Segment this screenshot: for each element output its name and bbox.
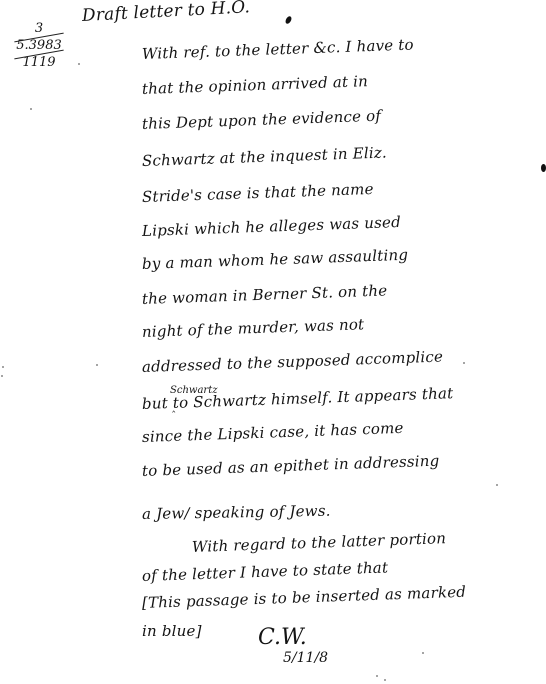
margin-ink-mark: [541, 164, 546, 172]
scan-speck: [1, 375, 3, 377]
body-line: a Jew/ speaking of Jews.: [142, 502, 331, 523]
body-line: to be used as an epithet in addressing: [142, 452, 440, 480]
date: 5/11/8: [283, 650, 328, 666]
body-line: this Dept upon the evidence of: [142, 107, 382, 133]
body-line: since the Lipski case, it has come: [142, 419, 404, 446]
scan-speck: [96, 364, 98, 366]
body-line: With regard to the latter portion: [192, 529, 447, 556]
scan-speck: [78, 63, 80, 65]
body-line: that the opinion arrived at in: [142, 72, 369, 98]
scan-speck: [496, 484, 498, 486]
reference-number: 3 5.3983 1119: [14, 22, 64, 70]
signature: C.W.: [258, 625, 307, 650]
scan-speck: [30, 108, 32, 110]
scan-speck: [2, 366, 4, 368]
manuscript-page: 3 5.3983 1119 Draft letter to H.O. With …: [0, 0, 546, 684]
scan-speck: [376, 675, 378, 677]
scan-speck: [463, 362, 465, 364]
body-line: Schwartz at the inquest in Eliz.: [142, 143, 387, 170]
body-line: of the letter I have to state that: [142, 558, 389, 585]
body-line: With ref. to the letter &c. I have to: [142, 36, 414, 63]
body-line: addressed to the supposed accomplice: [142, 347, 444, 376]
scan-speck: [384, 679, 386, 681]
body-line: [This passage is to be inserted as marke…: [142, 583, 467, 612]
body-line: by a man whom he saw assaulting: [142, 246, 409, 273]
body-line: Lipski which he alleges was used: [142, 213, 401, 240]
body-line: night of the murder, was not: [142, 315, 365, 341]
body-line: Stride's case is that the name: [142, 180, 374, 206]
scan-speck: [422, 652, 424, 654]
reference-bottom: 1119: [14, 56, 64, 70]
body-line: the woman in Berner St. on the: [142, 281, 388, 308]
ink-blot: [284, 15, 292, 24]
letter-heading: Draft letter to H.O.: [81, 0, 250, 26]
body-line: in blue]: [142, 622, 202, 640]
